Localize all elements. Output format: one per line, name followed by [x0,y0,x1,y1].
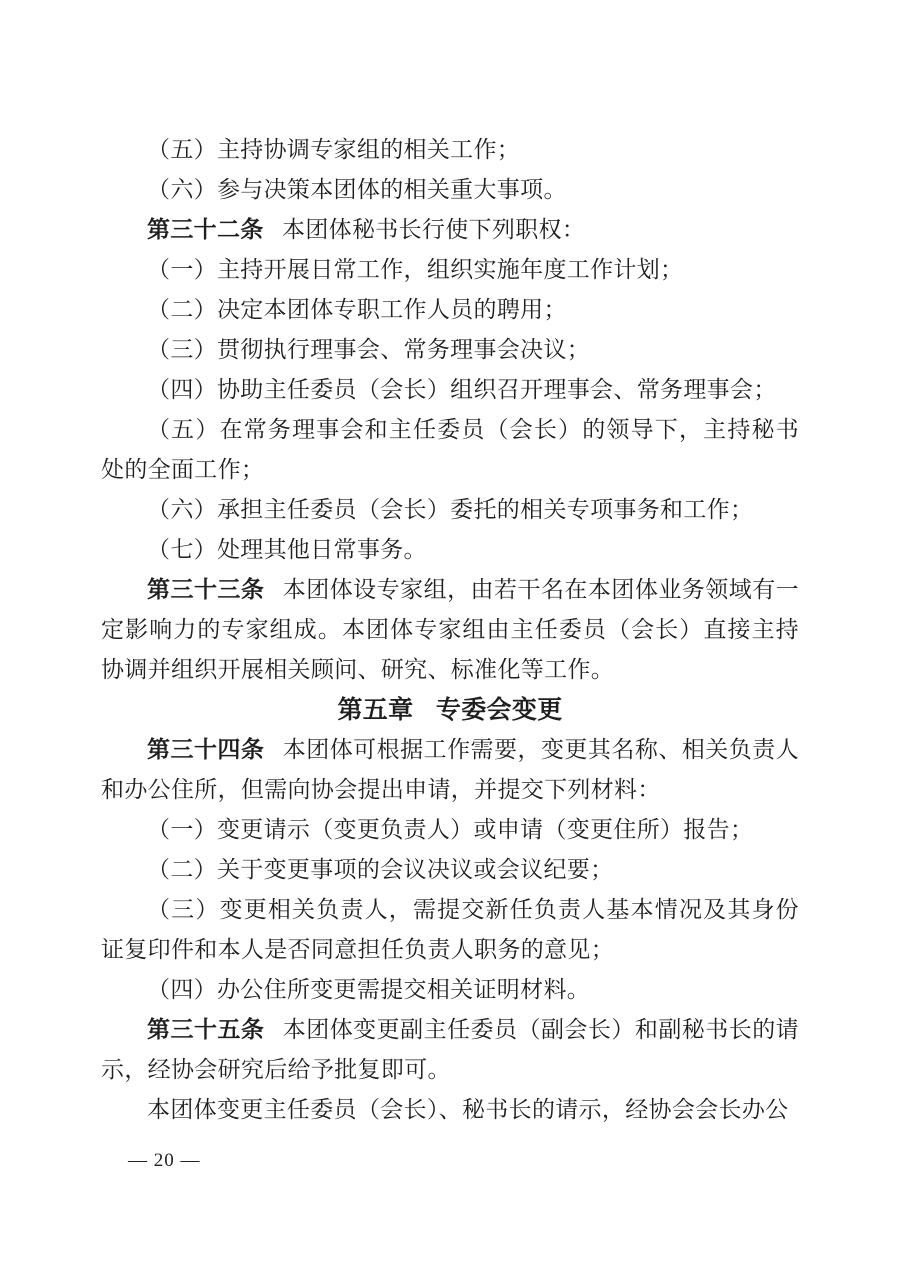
article-number: 第三十三条 [147,577,264,602]
page-number: — 20 — [128,1150,198,1172]
article-number: 第三十二条 [147,217,264,242]
article-paragraph: 第三十五条本团体变更副主任委员（副会长）和副秘书长的请示，经协会研究后给予批复即… [101,1010,799,1090]
article-paragraph: 第三十四条本团体可根据工作需要，变更其名称、相关负责人和办公住所，但需向协会提出… [101,730,799,810]
chapter-number: 第五章 [337,696,413,724]
list-item: （二）决定本团体专职工作人员的聘用； [101,290,799,330]
page-content: （五）主持协调专家组的相关工作； （六）参与决策本团体的相关重大事项。 第三十二… [101,130,799,1130]
list-item: （三）贯彻执行理事会、常务理事会决议； [101,330,799,370]
list-item: （四）协助主任委员（会长）组织召开理事会、常务理事会； [101,370,799,410]
article-text: 本团体秘书长行使下列职权： [282,217,585,242]
list-item: （七）处理其他日常事务。 [101,530,799,570]
list-item: （六）参与决策本团体的相关重大事项。 [101,170,799,210]
list-item: （五）在常务理事会和主任委员（会长）的领导下，主持秘书处的全面工作； [101,410,799,490]
list-item: （二）关于变更事项的会议决议或会议纪要； [101,850,799,890]
list-item: （四）办公住所变更需提交相关证明材料。 [101,970,799,1010]
list-item: （六）承担主任委员（会长）委托的相关专项事务和工作； [101,490,799,530]
document-page: （五）主持协调专家组的相关工作； （六）参与决策本团体的相关重大事项。 第三十二… [0,0,900,1273]
chapter-title: 专委会变更 [436,696,563,724]
article-number: 第三十四条 [147,737,264,762]
body-paragraph: 本团体变更主任委员（会长）、秘书长的请示，经协会会长办公 [101,1090,799,1130]
list-item: （一）主持开展日常工作，组织实施年度工作计划； [101,250,799,290]
list-item: （一）变更请示（变更负责人）或申请（变更住所）报告； [101,810,799,850]
list-item: （五）主持协调专家组的相关工作； [101,130,799,170]
article-paragraph: 第三十二条本团体秘书长行使下列职权： [101,210,799,250]
list-item: （三）变更相关负责人，需提交新任负责人基本情况及其身份证复印件和本人是否同意担任… [101,890,799,970]
article-number: 第三十五条 [147,1017,264,1042]
article-paragraph: 第三十三条本团体设专家组，由若干名在本团体业务领域有一定影响力的专家组成。本团体… [101,570,799,690]
chapter-heading: 第五章专委会变更 [101,690,799,730]
